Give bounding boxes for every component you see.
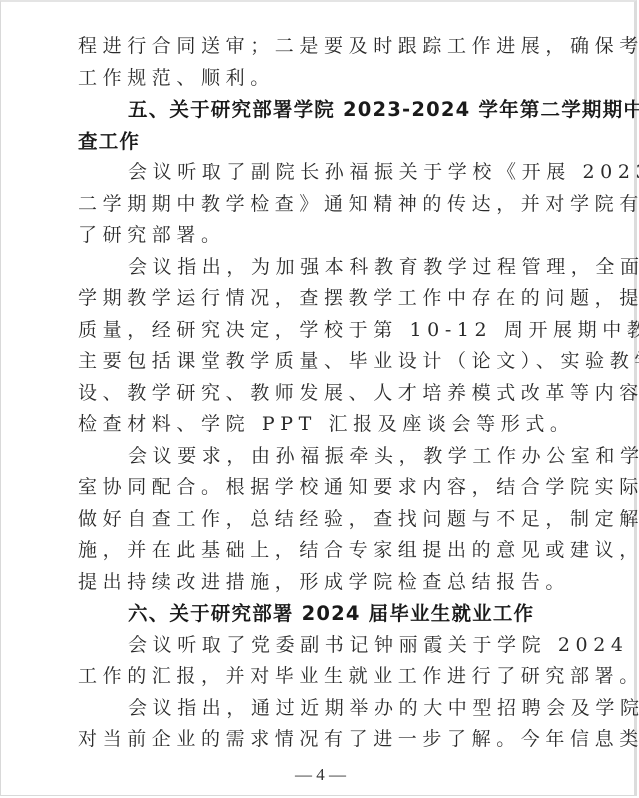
paragraph-line: 二学期期中教学检查》通知精神的传达，并对学院有关工作进行 bbox=[78, 189, 563, 221]
paragraph-line: 提出持续改进措施，形成学院检查总结报告。 bbox=[78, 567, 563, 599]
paragraph-line: 程进行合同送审；二是要及时跟踪工作进展，确保考试费用结算 bbox=[78, 31, 563, 63]
paragraph-line: 检查材料、学院 PPT 汇报及座谈会等形式。 bbox=[78, 409, 563, 441]
paragraph-line: 学期教学运行情况，查摆教学工作中存在的问题，提高教育教学 bbox=[78, 283, 563, 315]
paragraph-line: 主要包括课堂教学质量、毕业设计（论文）、实验教学、专业建 bbox=[78, 346, 563, 378]
paragraph-line: 会议指出，通过近期举办的大中型招聘会及学院访企拓岗， bbox=[78, 693, 563, 725]
paragraph-line: 设、教学研究、教师发展、人才培养模式改革等内容，采取现场 bbox=[78, 378, 563, 410]
paragraph-line: 了研究部署。 bbox=[78, 220, 563, 252]
page-number: — 4 — bbox=[1, 765, 639, 785]
paragraph-line: 会议要求，由孙福振牵头，教学工作办公室和学生工作办公 bbox=[78, 441, 563, 473]
paragraph-line: 质量，经研究决定，学校于第 10-12 周开展期中教学检查工作。 bbox=[78, 315, 563, 347]
paragraph-line: 会议听取了党委副书记钟丽霞关于学院 2024 届毕业生就业 bbox=[78, 630, 563, 662]
paragraph-line: 会议听取了副院长孙福振关于学校《开展 2023-2024 学年第 bbox=[78, 157, 563, 189]
paragraph-line: 施，并在此基础上，结合专家组提出的意见或建议，认真总结并 bbox=[78, 535, 563, 567]
section-heading-6: 六、关于研究部署 2024 届毕业生就业工作 bbox=[78, 598, 563, 630]
paragraph-line: 室协同配合。根据学校通知要求内容，结合学院实际情况，认真 bbox=[78, 472, 563, 504]
paragraph-line: 对当前企业的需求情况有了进一步了解。今年信息类企业因受经 bbox=[78, 724, 563, 756]
paragraph-line: 会议指出，为加强本科教育教学过程管理，全面掌握我校本 bbox=[78, 252, 563, 284]
paragraph-line: 做好自查工作，总结经验，查找问题与不足，制定解决办法和措 bbox=[78, 504, 563, 536]
document-page: 程进行合同送审；二是要及时跟踪工作进展，确保考试费用结算 工作规范、顺利。 五、… bbox=[0, 0, 637, 796]
section-heading-5: 五、关于研究部署学院 2023-2024 学年第二学期期中教学检 bbox=[78, 94, 563, 126]
section-heading-5-cont: 查工作 bbox=[78, 126, 563, 158]
paragraph-line: 工作规范、顺利。 bbox=[78, 63, 563, 95]
document-body: 程进行合同送审；二是要及时跟踪工作进展，确保考试费用结算 工作规范、顺利。 五、… bbox=[78, 31, 563, 756]
paragraph-line: 工作的汇报，并对毕业生就业工作进行了研究部署。 bbox=[78, 661, 563, 693]
